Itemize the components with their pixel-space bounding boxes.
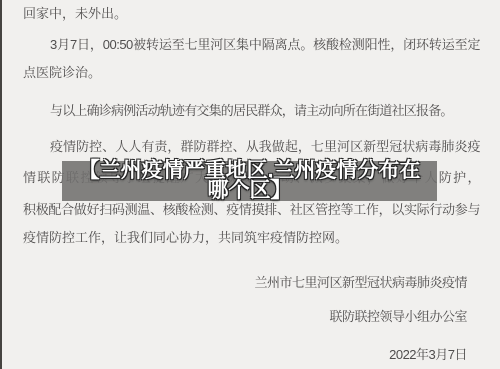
body-line: 3月7日，00:50被转运至七里河区集中隔离点。核酸检测阳性，闭环转运至定: [50, 37, 480, 53]
caption-line-2: 哪个区】: [62, 181, 437, 201]
body-line: 疫情防控工作，让我们同心协力，共同筑牢疫情防控网。: [23, 230, 480, 246]
notice-page: 回家中，未外出。 3月7日，00:50被转运至七里河区集中隔离点。核酸检测阳性，…: [0, 0, 500, 369]
signature-org-line-2: 联防联控领导小组办公室: [23, 306, 467, 325]
signature-date: 2022年3月7日: [23, 344, 467, 363]
caption-overlay-banner: 【兰州疫情严重地区,兰州疫情分布在 哪个区】: [62, 161, 437, 201]
body-line: 积极配合做好扫码测温、核酸检测、疫情摸排、社区管控等工作，以实际行动参与: [23, 202, 480, 218]
body-line: 点医院诊治。: [23, 65, 480, 81]
body-line: 回家中，未外出。: [23, 6, 480, 22]
body-line: 疫情防控、人人有责，群防群控、从我做起，七里河区新型冠状病毒肺炎疫: [50, 139, 480, 155]
signature-org-line-1: 兰州市七里河区新型冠状病毒肺炎疫情: [23, 272, 467, 291]
body-line: 与以上确诊病例活动轨迹有交集的居民群众，请主动向所在街道社区报备。: [50, 103, 480, 119]
left-border-line: [0, 0, 2, 369]
caption-line-1: 【兰州疫情严重地区,兰州疫情分布在: [62, 161, 437, 181]
